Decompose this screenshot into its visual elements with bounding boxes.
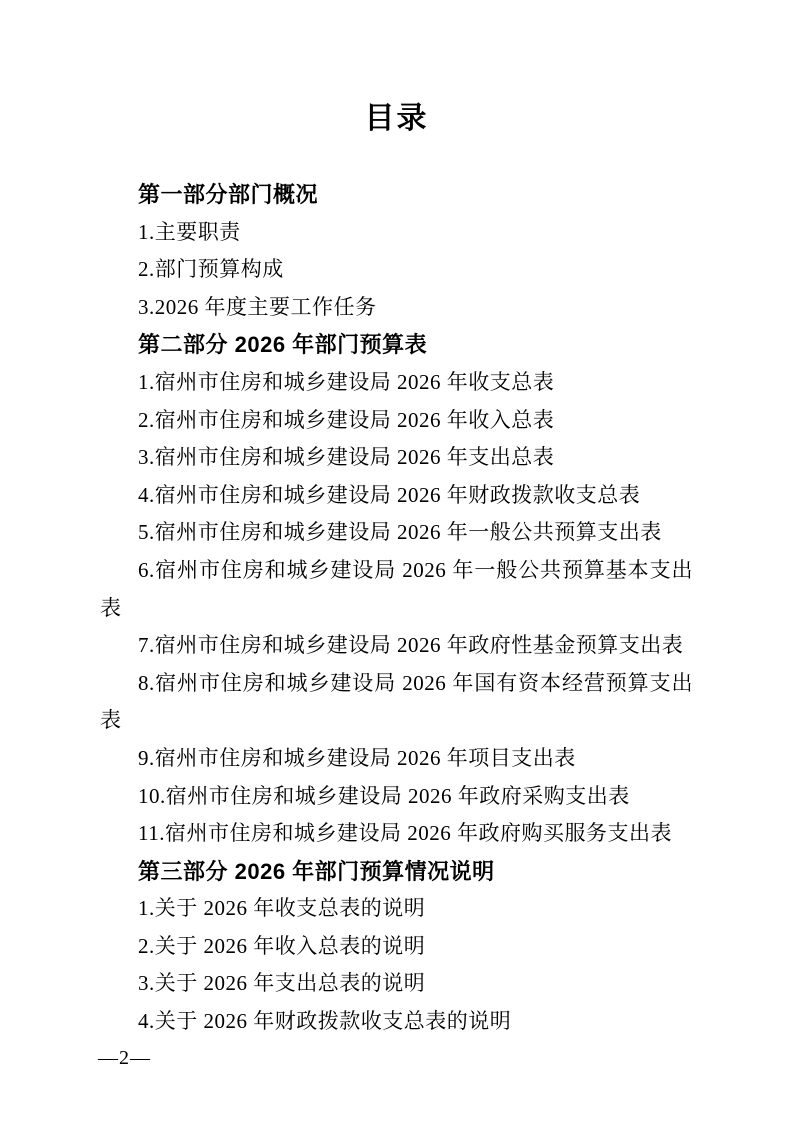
toc-item: 2.部门预算构成 xyxy=(100,251,693,289)
toc-item: 2.宿州市住房和城乡建设局 2026 年收入总表 xyxy=(100,402,693,440)
toc-item: 4.关于 2026 年财政拨款收支总表的说明 xyxy=(100,1003,693,1041)
toc-item: 11.宿州市住房和城乡建设局 2026 年政府购买服务支出表 xyxy=(100,815,693,853)
toc-item: 4.宿州市住房和城乡建设局 2026 年财政拨款收支总表 xyxy=(100,477,693,515)
toc-section-1-heading: 第一部分部门概况 xyxy=(100,176,693,214)
toc-item: 10.宿州市住房和城乡建设局 2026 年政府采购支出表 xyxy=(100,778,693,816)
toc-item: 1.主要职责 xyxy=(100,214,693,252)
toc-section-3-heading: 第三部分 2026 年部门预算情况说明 xyxy=(100,853,693,891)
toc-item: 3.2026 年度主要工作任务 xyxy=(100,289,693,327)
toc-item: 8.宿州市住房和城乡建设局 2026 年国有资本经营预算支出表 xyxy=(100,665,693,740)
toc-item: 6.宿州市住房和城乡建设局 2026 年一般公共预算基本支出表 xyxy=(100,552,693,627)
toc-item: 2.关于 2026 年收入总表的说明 xyxy=(100,928,693,966)
toc-item: 1.关于 2026 年收支总表的说明 xyxy=(100,890,693,928)
toc-item: 3.关于 2026 年支出总表的说明 xyxy=(100,965,693,1003)
toc-item: 7.宿州市住房和城乡建设局 2026 年政府性基金预算支出表 xyxy=(100,627,693,665)
page-number: —2— xyxy=(98,1047,151,1069)
toc-item: 3.宿州市住房和城乡建设局 2026 年支出总表 xyxy=(100,439,693,477)
toc-item: 9.宿州市住房和城乡建设局 2026 年项目支出表 xyxy=(100,740,693,778)
page-footer: —2— xyxy=(98,1046,151,1070)
toc-section-2-heading: 第二部分 2026 年部门预算表 xyxy=(100,326,693,364)
toc-item: 1.宿州市住房和城乡建设局 2026 年收支总表 xyxy=(100,364,693,402)
page-title: 目录 xyxy=(100,98,693,140)
toc-item: 5.宿州市住房和城乡建设局 2026 年一般公共预算支出表 xyxy=(100,514,693,552)
table-of-contents: 第一部分部门概况 1.主要职责 2.部门预算构成 3.2026 年度主要工作任务… xyxy=(100,176,693,1041)
document-page: 目录 第一部分部门概况 1.主要职责 2.部门预算构成 3.2026 年度主要工… xyxy=(0,0,793,1122)
